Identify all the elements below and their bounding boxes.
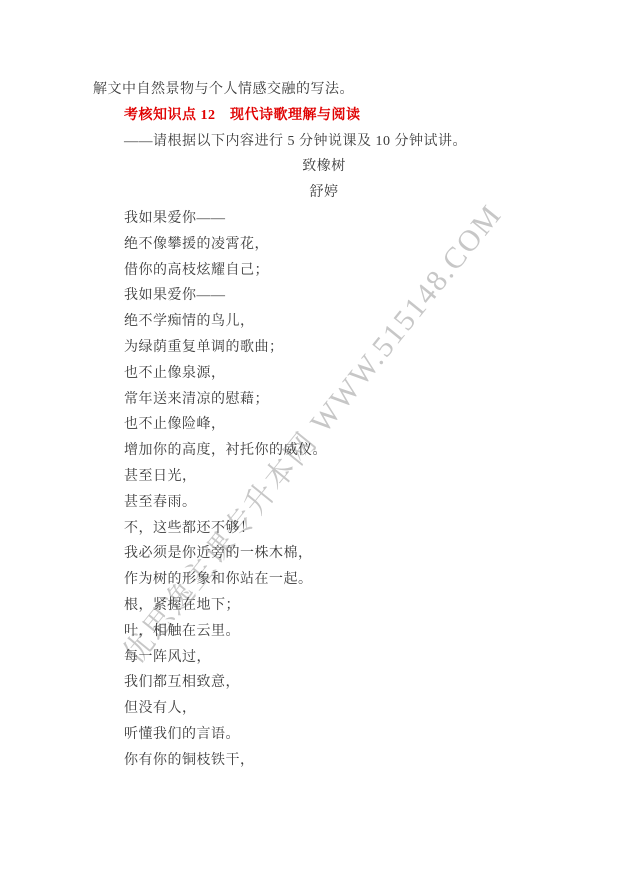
poem-line: 我们都互相致意，	[93, 670, 555, 696]
poem-line: 作为树的形象和你站在一起。	[93, 567, 555, 593]
poem-line: 增加你的高度，衬托你的威仪。	[93, 438, 555, 464]
poem-line: 不，这些都还不够！	[93, 516, 555, 542]
poem-line: 甚至春雨。	[93, 490, 555, 516]
poem-line: 绝不像攀援的凌霄花，	[93, 232, 555, 258]
poem-line: 也不止像险峰，	[93, 412, 555, 438]
poem-line: 我必须是你近旁的一株木棉，	[93, 541, 555, 567]
poem-line: 你有你的铜枝铁干，	[93, 748, 555, 774]
poem-line: 听懂我们的言语。	[93, 722, 555, 748]
poem-body: 我如果爱你——绝不像攀援的凌霄花，借你的高枝炫耀自己；我如果爱你——绝不学痴情的…	[93, 206, 555, 774]
poem-line: 叶，相触在云里。	[93, 619, 555, 645]
poem-line: 每一阵风过，	[93, 645, 555, 671]
document-content: 解文中自然景物与个人情感交融的写法。 考核知识点 12 现代诗歌理解与阅读 ——…	[93, 77, 555, 774]
poem-author: 舒婷	[93, 180, 555, 206]
poem-title: 致橡树	[93, 154, 555, 180]
poem-line: 我如果爱你——	[93, 206, 555, 232]
poem-line: 也不止像泉源，	[93, 361, 555, 387]
poem-line: 但没有人，	[93, 696, 555, 722]
poem-line: 根，紧握在地下；	[93, 593, 555, 619]
poem-line: 借你的高枝炫耀自己；	[93, 258, 555, 284]
instruction-line: ——请根据以下内容进行 5 分钟说课及 10 分钟试讲。	[93, 129, 555, 155]
poem-line: 为绿荫重复单调的歌曲；	[93, 335, 555, 361]
paragraph-intro: 解文中自然景物与个人情感交融的写法。	[93, 77, 555, 103]
poem-line: 我如果爱你——	[93, 283, 555, 309]
document-page: 优思逸主课专升本网 WWW.515148.COM 解文中自然景物与个人情感交融的…	[0, 0, 620, 876]
poem-line: 常年送来清凉的慰藉；	[93, 387, 555, 413]
poem-line: 绝不学痴情的鸟儿，	[93, 309, 555, 335]
poem-line: 甚至日光，	[93, 464, 555, 490]
section-heading: 考核知识点 12 现代诗歌理解与阅读	[93, 103, 555, 129]
